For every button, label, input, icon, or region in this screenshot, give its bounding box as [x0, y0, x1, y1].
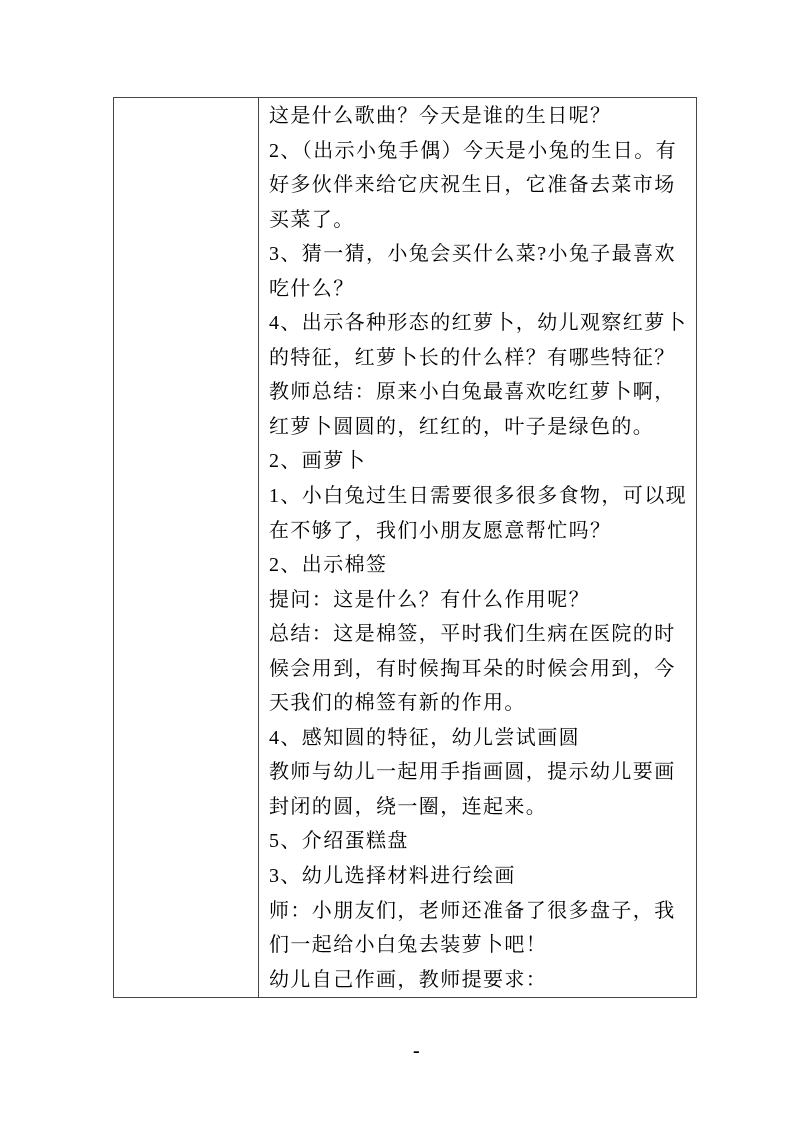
- text-line: 3、幼儿选择材料进行绘画: [269, 859, 690, 894]
- text-line: 师：小朋友们，老师还准备了很多盘子，我: [269, 894, 690, 929]
- text-line: 的特征，红萝卜长的什么样？有哪些特征？: [269, 341, 690, 376]
- text-line: 教师与幼儿一起用手指画圆，提示幼儿要画: [269, 755, 690, 790]
- table-cell-left: [114, 98, 259, 997]
- text-line: 教师总结：原来小白兔最喜欢吃红萝卜啊，: [269, 375, 690, 410]
- text-line: 5、介绍蛋糕盘: [269, 824, 690, 859]
- text-line: 吃什么？: [269, 272, 690, 307]
- text-line: 4、感知圆的特征，幼儿尝试画圆: [269, 721, 690, 756]
- text-line: 2、（出示小兔手偶）今天是小兔的生日。有: [269, 134, 690, 169]
- text-line: 2、出示棉签: [269, 548, 690, 583]
- page-number-dash: -: [413, 1038, 420, 1064]
- text-line: 们一起给小白兔去装萝卜吧！: [269, 928, 690, 963]
- text-line: 好多伙伴来给它庆祝生日，它准备去菜市场: [269, 168, 690, 203]
- text-line: 买菜了。: [269, 203, 690, 238]
- lesson-plan-table: 这是什么歌曲？今天是谁的生日呢？2、（出示小兔手偶）今天是小兔的生日。有好多伙伴…: [113, 97, 697, 998]
- page-footer: -: [0, 1038, 794, 1068]
- text-line: 封闭的圆，绕一圈，连起来。: [269, 790, 690, 825]
- text-line: 1、小白兔过生日需要很多很多食物，可以现: [269, 479, 690, 514]
- text-line: 总结：这是棉签，平时我们生病在医院的时: [269, 617, 690, 652]
- text-line: 在不够了，我们小朋友愿意帮忙吗？: [269, 514, 690, 549]
- text-line: 3、猜一猜，小兔会买什么菜?小兔子最喜欢: [269, 237, 690, 272]
- text-line: 天我们的棉签有新的作用。: [269, 686, 690, 721]
- text-line: 4、出示各种形态的红萝卜，幼儿观察红萝卜: [269, 306, 690, 341]
- table-cell-content: 这是什么歌曲？今天是谁的生日呢？2、（出示小兔手偶）今天是小兔的生日。有好多伙伴…: [259, 98, 696, 997]
- text-line: 候会用到，有时候掏耳朵的时候会用到，今: [269, 652, 690, 687]
- text-line: 这是什么歌曲？今天是谁的生日呢？: [269, 99, 690, 134]
- text-line: 提问：这是什么？有什么作用呢？: [269, 583, 690, 618]
- text-line: 幼儿自己作画，教师提要求：: [269, 963, 690, 997]
- text-line: 红萝卜圆圆的，红红的，叶子是绿色的。: [269, 410, 690, 445]
- document-page: 这是什么歌曲？今天是谁的生日呢？2、（出示小兔手偶）今天是小兔的生日。有好多伙伴…: [0, 0, 794, 1123]
- text-line: 2、画萝卜: [269, 444, 690, 479]
